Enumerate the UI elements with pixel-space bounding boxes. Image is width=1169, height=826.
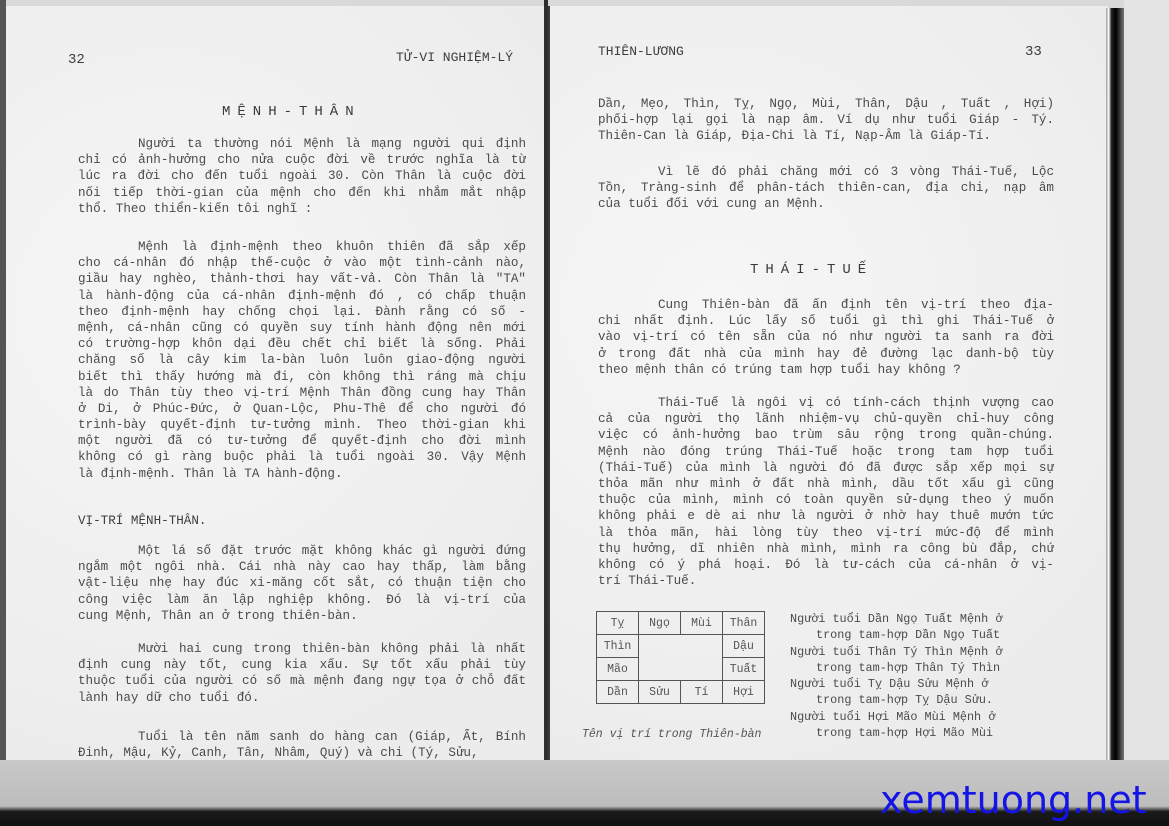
text-line: việc có ảnh-hưởng bao trùm sâu rộng tron… xyxy=(598,427,1054,443)
paragraph: Người ta thường nói Mệnh là mạng người q… xyxy=(78,136,526,217)
text-line: lành hay dữ cho tuổi đó. xyxy=(78,690,526,706)
thien-ban-grid: TỵNgọMùiThânThìnDậuMãoTuấtDầnSửuTíHợi xyxy=(596,611,765,704)
grid-cell: Tuất xyxy=(723,658,765,681)
text-line: cả của người thọ lãnh nhiệm-vụ chủ-quyền… xyxy=(598,411,1054,427)
grid-cell: Dậu xyxy=(723,635,765,658)
text-line: là định-mệnh. Thân là TA hành-động. xyxy=(78,466,526,482)
section-subheading: VỊ-TRÍ MỆNH-THÂN. xyxy=(78,514,206,528)
text-line: (Thái-Tuế) của mình là người đó đã được … xyxy=(598,460,1054,476)
text-line: ngắm một ngôi nhà. Cái nhà này cao hay t… xyxy=(78,559,526,575)
text-line: Dần, Mẹo, Thìn, Tỵ, Ngọ, Mùi, Thân, Dậu … xyxy=(598,96,1054,112)
text-line: Đinh, Mậu, Kỷ, Canh, Tân, Nhâm, Quý) và … xyxy=(78,745,526,761)
grid-cell: Tí xyxy=(681,681,723,704)
text-line: theo mệnh thân có trúng tam hợp tuổi hay… xyxy=(598,362,1054,378)
list-item-detail: trong tam-hợp Thân Tý Thìn xyxy=(790,660,1002,676)
text-line: biết thì thấy hướng mà đi, còn không thì… xyxy=(78,369,526,385)
page-edge-shadow xyxy=(1106,8,1124,760)
text-line: cho cá-nhân đó nhập thế-cuộc ở vào một t… xyxy=(78,255,526,271)
text-line: Vì lẽ đó phải chăng mới có 3 vòng Thái-T… xyxy=(598,164,1054,180)
text-line: Mệnh nào đóng trúng Thái-Tuế hoặc trong … xyxy=(598,444,1054,460)
page-number: 33 xyxy=(1025,44,1042,60)
paragraph: Tuổi là tên năm sanh do hàng can (Giáp, … xyxy=(78,729,526,761)
left-page: 32 TỬ-VI NGHIỆM-LÝ MỆNH-THÂN Người ta th… xyxy=(6,6,544,760)
paragraph: Vì lẽ đó phải chăng mới có 3 vòng Thái-T… xyxy=(598,164,1054,213)
text-line: thụ hưởng, dĩ nhiên nhà mình, mình ra cô… xyxy=(598,541,1054,557)
list-item: Người tuổi Thân Tý Thìn Mệnh ở xyxy=(790,644,1002,660)
list-item: Người tuổi Hợi Mão Mùi Mệnh ở xyxy=(790,709,1002,725)
grid-center xyxy=(639,635,723,681)
tam-hop-list: Người tuổi Dần Ngọ Tuất Mệnh ởtrong tam-… xyxy=(790,611,1002,741)
grid-caption: Tên vị trí trong Thiên-bàn xyxy=(582,728,761,741)
grid-cell: Mão xyxy=(597,658,639,681)
grid-cell: Dần xyxy=(597,681,639,704)
text-line: là thỏa mãn, hài lòng tùy theo vị-trí mứ… xyxy=(598,525,1054,541)
grid-row: DầnSửuTíHợi xyxy=(597,681,765,704)
grid-cell: Tỵ xyxy=(597,612,639,635)
text-line: thỏa mãn như mình ở đất nhà mình, dầu tố… xyxy=(598,476,1054,492)
text-line: phối-hợp lại gọi là nạp âm. Ví dụ như tu… xyxy=(598,112,1054,128)
list-item: Người tuổi Dần Ngọ Tuất Mệnh ở xyxy=(790,611,1002,627)
text-line: chỉ có ảnh-hưởng cho nửa cuộc đời về trư… xyxy=(78,152,526,168)
text-line: vào vị-trí có tên sẵn của nó như người t… xyxy=(598,329,1054,345)
text-line: ở trong đất nhà của mình hay đẻ đường lạ… xyxy=(598,346,1054,362)
grid-row: ThìnDậu xyxy=(597,635,765,658)
text-line: Tồn, Tràng-sinh để phân-tách thiên-can, … xyxy=(598,180,1054,196)
text-line: Thái-Tuế là ngôi vị có tính-cách thịnh v… xyxy=(598,395,1054,411)
chapter-title: MỆNH-THÂN xyxy=(222,104,361,120)
text-line: lúc ra đời cho đến tuổi ngoài 30. Còn Th… xyxy=(78,168,526,184)
list-item-detail: trong tam-hợp Hợi Mão Mùi xyxy=(790,725,1002,741)
grid-cell: Thìn xyxy=(597,635,639,658)
grid-cell: Hợi xyxy=(723,681,765,704)
text-line: giầu hay nghèo, thảnh-thơi hay vất-vả. C… xyxy=(78,271,526,287)
text-line: vật-liệu nhẹ hay đúc xi-măng cốt sắt, có… xyxy=(78,575,526,591)
grid-cell: Mùi xyxy=(681,612,723,635)
text-line: mệnh, cá-nhân cũng có quyền suy tính hàn… xyxy=(78,320,526,336)
text-line: nối tiếp thời-gian của mệnh cho đến khi … xyxy=(78,185,526,201)
text-line: Một lá số đặt trước mặt không khác gì ng… xyxy=(78,543,526,559)
grid-cell: Thân xyxy=(723,612,765,635)
text-line: theo định-mệnh hay chống chọi lại. Đành … xyxy=(78,304,526,320)
text-line: cung Mệnh, Thân an ở trong thiên-bàn. xyxy=(78,608,526,624)
running-header: THIÊN-LƯƠNG xyxy=(598,44,684,59)
paragraph: Cung Thiên-bàn đã ấn định tên vị-trí the… xyxy=(598,297,1054,378)
text-line: chi nhất định. Lúc lấy số tuổi gì thì gh… xyxy=(598,313,1054,329)
running-header: TỬ-VI NGHIỆM-LÝ xyxy=(396,50,513,65)
list-item: Người tuổi Tỵ Dậu Sửu Mệnh ở xyxy=(790,676,1002,692)
text-line: thuộc của mình, mình có toàn quyền sử-dụ… xyxy=(598,492,1054,508)
text-line: thuộc tuổi của người có số mà mệnh đang … xyxy=(78,673,526,689)
text-line: Tuổi là tên năm sanh do hàng can (Giáp, … xyxy=(78,729,526,745)
text-line: Cung Thiên-bàn đã ấn định tên vị-trí the… xyxy=(598,297,1054,313)
text-line: công việc làm ăn lập nghiệp không. Đó là… xyxy=(78,592,526,608)
text-line: Mệnh là định-mệnh theo khuôn thiên đã sắ… xyxy=(78,239,526,255)
text-line: Thiên-Can là Giáp, Địa-Chi là Tí, Nạp-Âm… xyxy=(598,128,1054,144)
paragraph: Thái-Tuế là ngôi vị có tính-cách thịnh v… xyxy=(598,395,1054,589)
text-line: không có ý phá hoại. Đó là tư-cách của c… xyxy=(598,557,1054,573)
scanner-background xyxy=(1124,0,1169,760)
text-line: không phải e dè ai như là người ở nhờ ha… xyxy=(598,508,1054,524)
grid-cell: Sửu xyxy=(639,681,681,704)
grid-row: TỵNgọMùiThân xyxy=(597,612,765,635)
text-line: là do Thân tùy theo vị-trí Mệnh Thân đồn… xyxy=(78,385,526,401)
grid-cell: Ngọ xyxy=(639,612,681,635)
text-line: Mười hai cung trong thiên-bàn không phải… xyxy=(78,641,526,657)
paragraph: Một lá số đặt trước mặt không khác gì ng… xyxy=(78,543,526,624)
page-number: 32 xyxy=(68,52,85,68)
text-line: trí Thái-Tuế. xyxy=(598,573,1054,589)
text-line: ở Di, ở Phúc-Đức, ở Quan-Lộc, Phu-Thê để… xyxy=(78,401,526,417)
text-line: có trường-hợp khôn dại đều chết chỉ biết… xyxy=(78,336,526,352)
text-line: Người ta thường nói Mệnh là mạng người q… xyxy=(78,136,526,152)
text-line: thổ. Theo thiển-kiến tôi nghĩ : xyxy=(78,201,526,217)
text-line: của tuổi đối với cung an Mệnh. xyxy=(598,196,1054,212)
section-title: THÁI-TUẾ xyxy=(750,262,873,278)
watermark: xemtuong.net xyxy=(880,778,1147,822)
text-line: một người đã có tư-tưởng để quyết-định c… xyxy=(78,433,526,449)
list-item-detail: trong tam-hợp Tỵ Dậu Sửu. xyxy=(790,692,1002,708)
text-line: trình-bày quyết-định tư-tưởng mình. Theo… xyxy=(78,417,526,433)
text-line: chăng số là cây kim la-bàn luôn luôn gia… xyxy=(78,352,526,368)
list-item-detail: trong tam-hợp Dần Ngọ Tuất xyxy=(790,627,1002,643)
paragraph: Mười hai cung trong thiên-bàn không phải… xyxy=(78,641,526,706)
paragraph: Mệnh là định-mệnh theo khuôn thiên đã sắ… xyxy=(78,239,526,482)
text-line: không có gì ràng buộc phải là tuổi ngoài… xyxy=(78,449,526,465)
text-line: là hành-động của cá-nhân định-mệnh đó , … xyxy=(78,288,526,304)
text-line: định cung này tốt, cung kia xấu. Sự tốt … xyxy=(78,657,526,673)
paragraph: Dần, Mẹo, Thìn, Tỵ, Ngọ, Mùi, Thân, Dậu … xyxy=(598,96,1054,145)
